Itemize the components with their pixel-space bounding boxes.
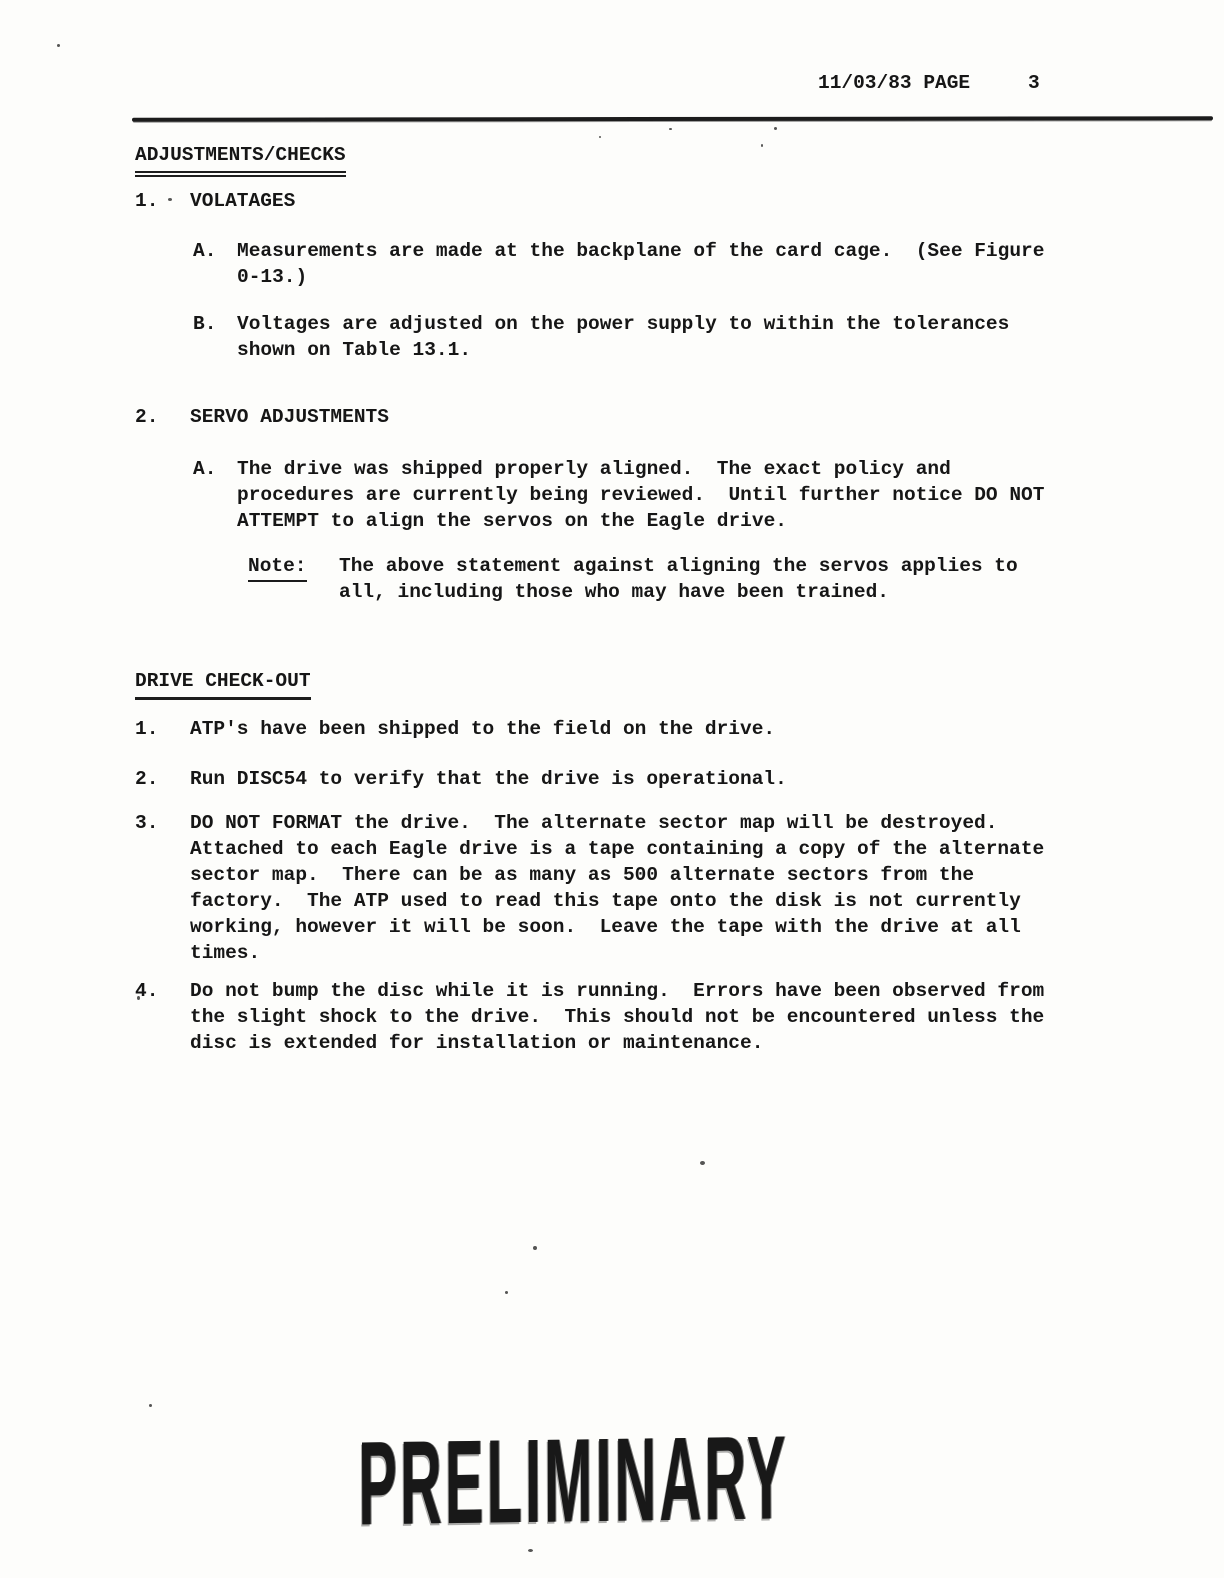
item-number: 2. [135, 404, 158, 430]
note-label: Note: [248, 553, 307, 582]
sub-item-letter: A. [193, 238, 216, 264]
scan-speck [149, 1404, 152, 1407]
scanned-document-page: 11/03/83 PAGE 3 ADJUSTMENTS/CHECKS 1. VO… [0, 0, 1224, 1578]
scan-speck [505, 1291, 508, 1294]
header-page-number: 3 [1028, 70, 1040, 96]
item-text: ATP's have been shipped to the field on … [190, 716, 775, 742]
item-number: 1. [135, 716, 158, 742]
header-rule [132, 116, 1213, 122]
section-heading-text: DRIVE CHECK-OUT [135, 668, 311, 700]
note-text: The above statement against aligning the… [339, 553, 1018, 605]
item-number: 2. [135, 766, 158, 792]
sub-item-text: Measurements are made at the backplane o… [237, 238, 1044, 290]
scan-speck [669, 128, 672, 130]
section-heading-adjustments-checks: ADJUSTMENTS/CHECKS [135, 142, 346, 177]
scan-speck [528, 1549, 533, 1552]
section-heading-text: ADJUSTMENTS/CHECKS [135, 142, 346, 177]
item-text: DO NOT FORMAT the drive. The alternate s… [190, 810, 1044, 966]
item-number: 3. [135, 810, 158, 836]
scan-speck [533, 1246, 537, 1250]
item-number: 4. [135, 978, 158, 1004]
scan-speck [599, 136, 601, 138]
item-text: Run DISC54 to verify that the drive is o… [190, 766, 787, 792]
sub-item-text: Voltages are adjusted on the power suppl… [237, 311, 1009, 363]
scan-speck [774, 127, 777, 130]
scan-speck [168, 198, 172, 201]
item-title: VOLATAGES [190, 188, 295, 214]
sub-item-letter: A. [193, 456, 216, 482]
item-number: 1. [135, 188, 158, 214]
scan-speck [761, 144, 763, 147]
item-text: Do not bump the disc while it is running… [190, 978, 1044, 1056]
preliminary-stamp: PRELIMINARY [358, 1420, 789, 1545]
scan-speck [137, 996, 140, 1000]
sub-item-letter: B. [193, 311, 216, 337]
scan-speck [57, 44, 60, 47]
sub-item-text: The drive was shipped properly aligned. … [237, 456, 1044, 534]
item-title: SERVO ADJUSTMENTS [190, 404, 389, 430]
scan-speck [700, 1161, 705, 1165]
section-heading-drive-check-out: DRIVE CHECK-OUT [135, 668, 311, 700]
header-date-label: 11/03/83 PAGE [818, 70, 970, 96]
